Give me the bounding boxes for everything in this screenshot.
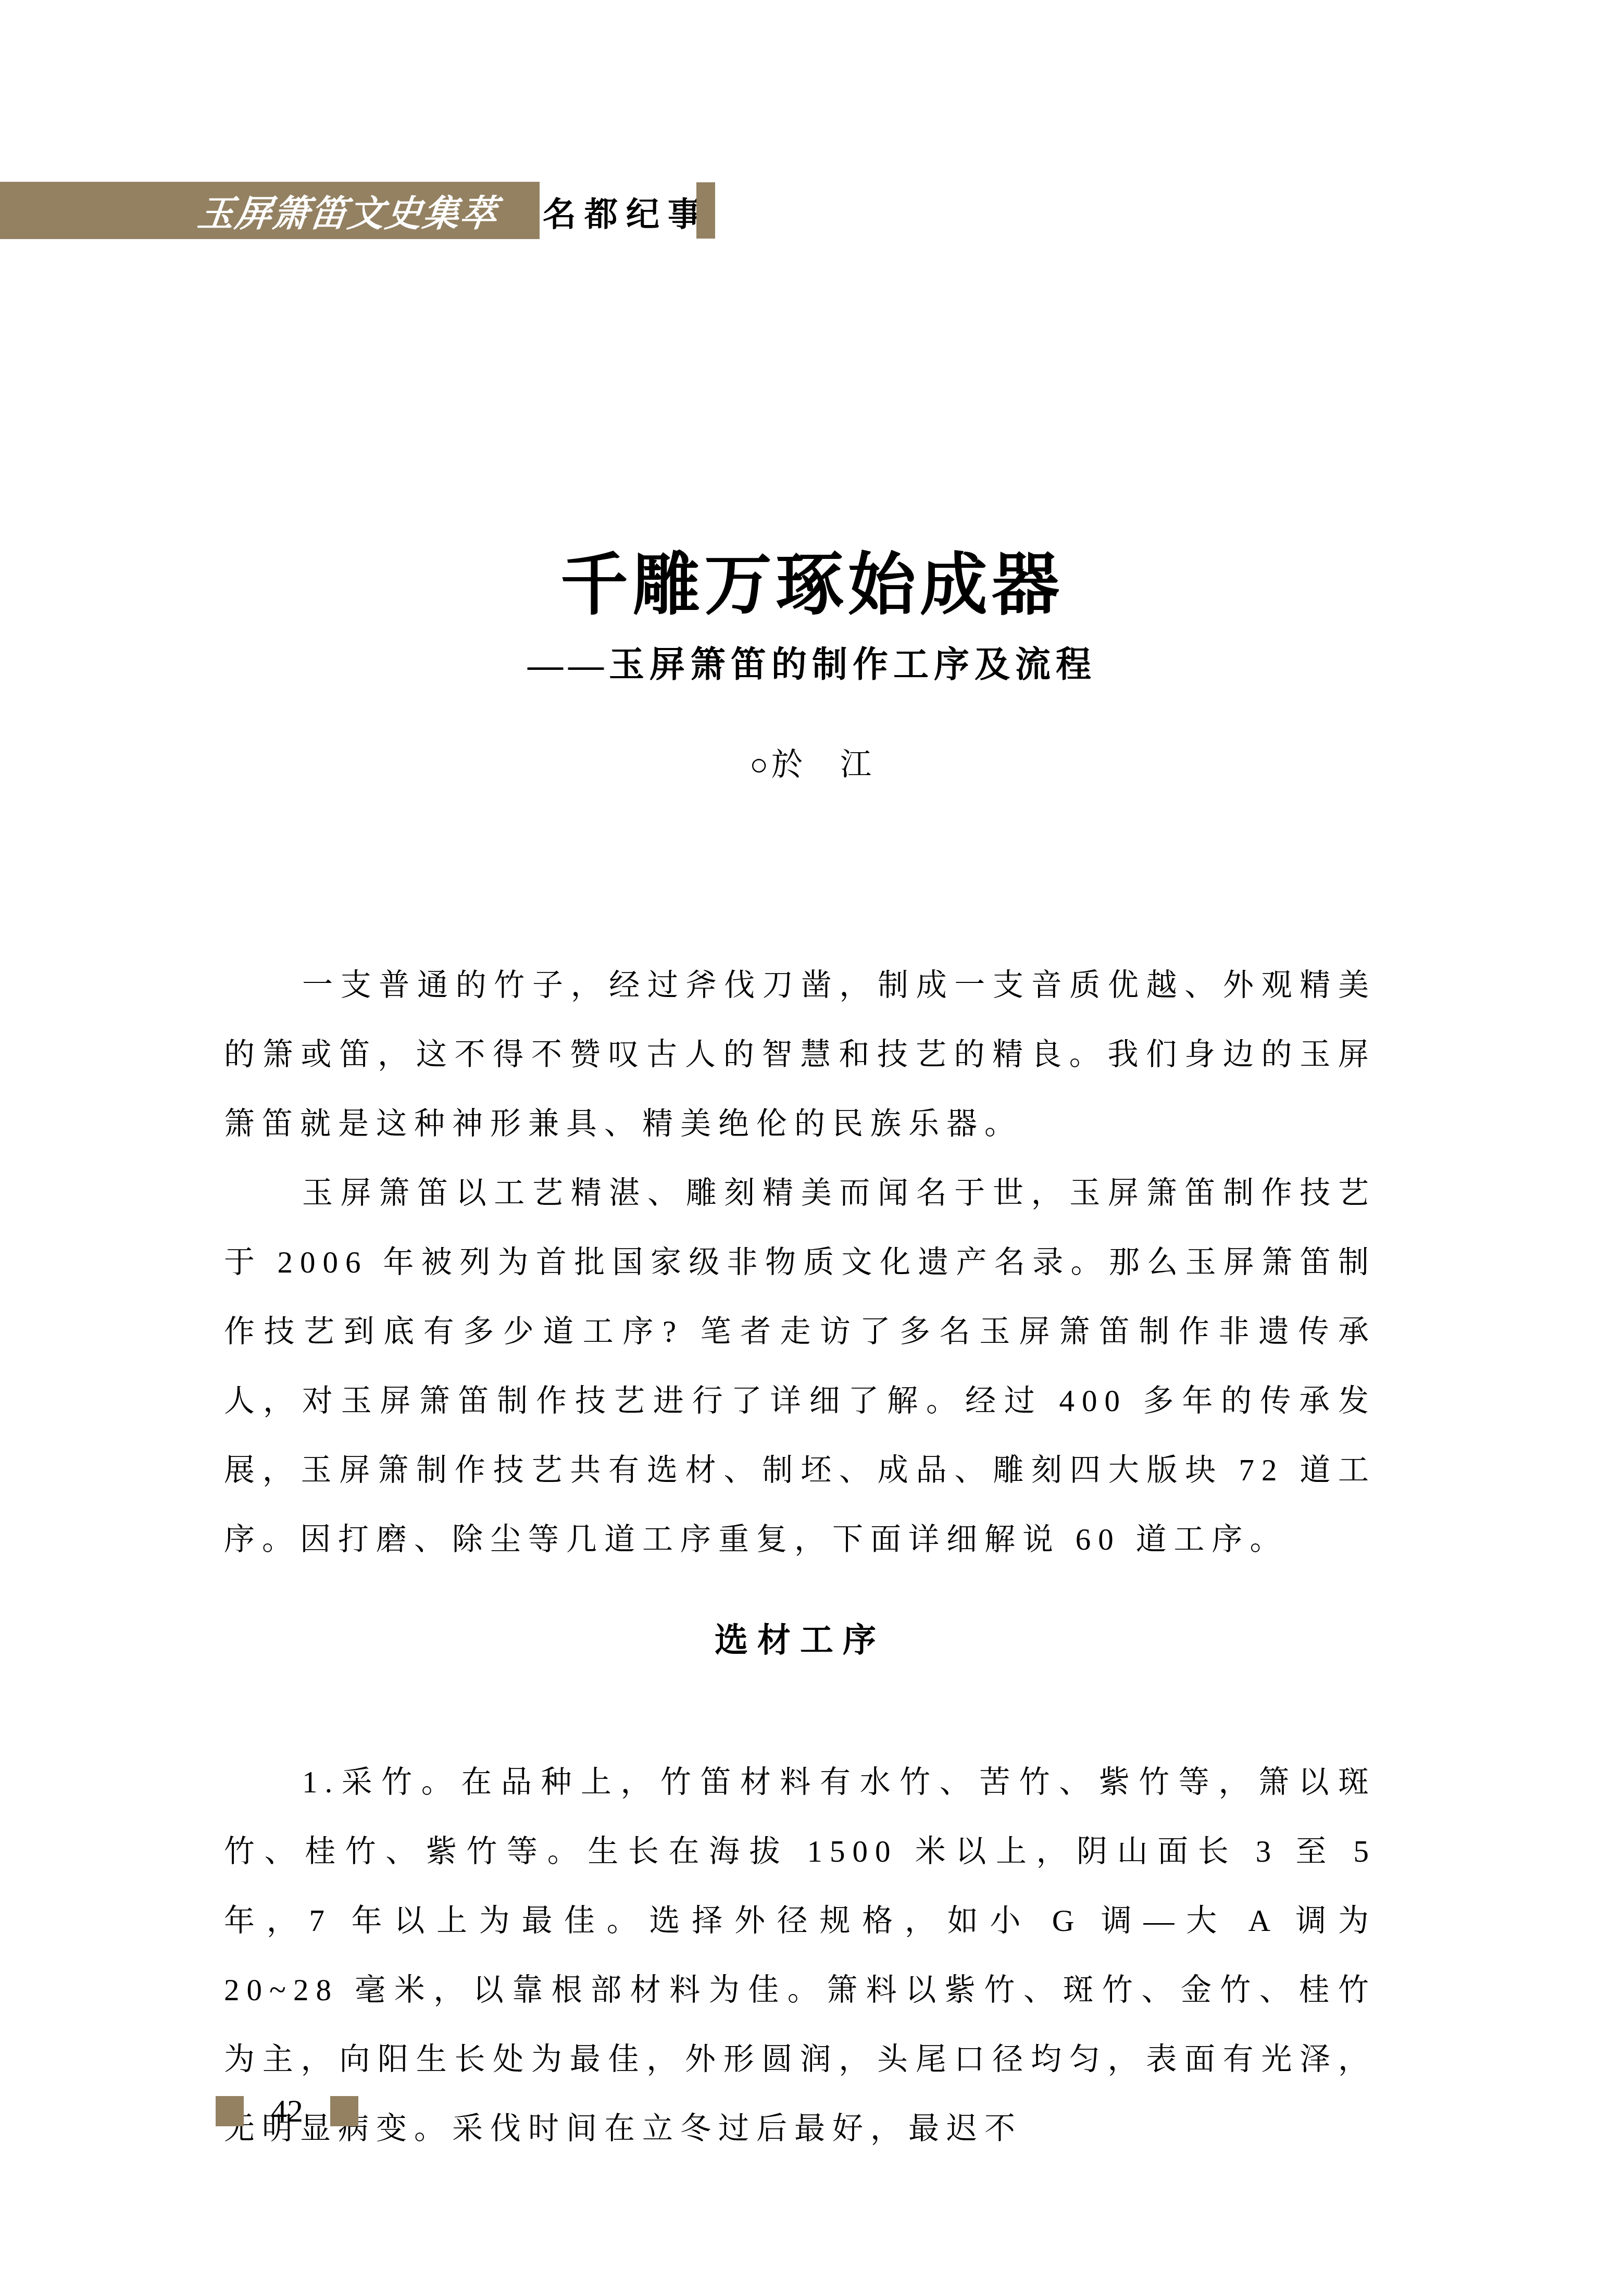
body-paragraph: 1.采竹。在品种上，竹笛材料有水竹、苦竹、紫竹等，箫以斑竹、桂竹、紫竹等。生长在… <box>224 1748 1376 2163</box>
header-section-label: 名都纪事 <box>543 183 709 240</box>
article-subtitle: ——玉屏箫笛的制作工序及流程 <box>0 637 1624 687</box>
body-paragraph: 一支普通的竹子，经过斧伐刀凿，制成一支音质优越、外观精美的箫或笛，这不得不赞叹古… <box>224 951 1376 1158</box>
body-paragraph: 玉屏箫笛以工艺精湛、雕刻精美而闻名于世，玉屏箫笛制作技艺于 2006 年被列为首… <box>224 1158 1376 1574</box>
page-number: 42 <box>270 2096 304 2126</box>
document-page: 玉屏箫笛文史集萃 名都纪事 千雕万琢始成器 ——玉屏箫笛的制作工序及流程 ○於 … <box>0 0 1624 2269</box>
footer-ornament-left-square <box>216 2096 244 2126</box>
article-author: ○於 江 <box>0 740 1624 784</box>
header-accent-block <box>696 182 715 239</box>
footer-ornament-right-square <box>330 2096 358 2126</box>
page-footer: 42 <box>216 2096 358 2126</box>
article-title: 千雕万琢始成器 <box>0 530 1624 628</box>
header-band: 玉屏箫笛文史集萃 <box>0 182 540 239</box>
section-heading: 选材工序 <box>224 1605 1376 1675</box>
article-body: 一支普通的竹子，经过斧伐刀凿，制成一支音质优越、外观精美的箫或笛，这不得不赞叹古… <box>224 951 1376 2163</box>
header-banner-calligraphy: 玉屏箫笛文史集萃 <box>195 184 501 237</box>
